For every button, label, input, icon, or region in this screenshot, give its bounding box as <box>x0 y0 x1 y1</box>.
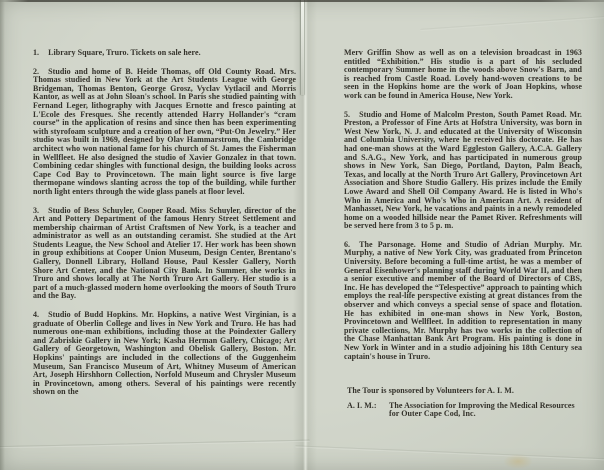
sponsor-line: The Tour is sponsored by Volunteers for … <box>347 387 582 396</box>
aim-line-2: for Outer Cape Cod, Inc. <box>389 410 582 419</box>
tour-stop-2: 2.Studio and home of B. Heide Thomas, of… <box>33 68 296 197</box>
footer: The Tour is sponsored by Volunteers for … <box>344 387 582 419</box>
item-text: Library Square, Truro. Tickets on sale h… <box>48 48 201 57</box>
item-number: 1. <box>33 48 48 57</box>
paper-crease <box>420 15 604 31</box>
tour-stop-6: 6.The Parsonage. Home and Studio of Adri… <box>344 241 582 361</box>
item-text: Studio and Home of Malcolm Preston, Sout… <box>344 110 582 231</box>
tour-stop-4: 4.Studio of Budd Hopkins. Mr. Hopkins, a… <box>33 311 296 397</box>
aim-label: A. I. M.: <box>347 402 389 419</box>
center-fold-crease <box>293 0 317 470</box>
item-text: Studio and home of B. Heide Thomas, off … <box>33 67 296 196</box>
tour-stop-4-continuation: Merv Griffin Show as well as on a televi… <box>344 49 582 101</box>
item-text: The Parsonage. Home and Studio of Adrian… <box>344 240 582 361</box>
aim-definition: A. I. M.: The Association for Improving … <box>347 402 582 419</box>
scan-left-edge <box>0 0 5 470</box>
right-page: Merv Griffin Show as well as on a televi… <box>344 49 582 419</box>
paper-stain <box>503 454 533 469</box>
item-text: Studio of Bess Schuyler, Cooper Road. Mi… <box>33 206 296 301</box>
item-text: Studio of Budd Hopkins. Mr. Hopkins, a n… <box>33 310 296 396</box>
tour-stop-1: 1.Library Square, Truro. Tickets on sale… <box>33 49 296 58</box>
center-fold-notch <box>301 0 304 95</box>
tour-stop-5: 5.Studio and Home of Malcolm Preston, So… <box>344 111 582 231</box>
paper-crease <box>0 440 310 449</box>
scanned-booklet-spread: 1.Library Square, Truro. Tickets on sale… <box>0 0 604 470</box>
scan-top-edge <box>0 0 604 2</box>
paper-crease <box>295 445 604 460</box>
tour-stop-3: 3.Studio of Bess Schuyler, Cooper Road. … <box>33 207 296 302</box>
left-page: 1.Library Square, Truro. Tickets on sale… <box>33 49 296 407</box>
aim-text: The Association for Improving the Medica… <box>389 402 582 419</box>
